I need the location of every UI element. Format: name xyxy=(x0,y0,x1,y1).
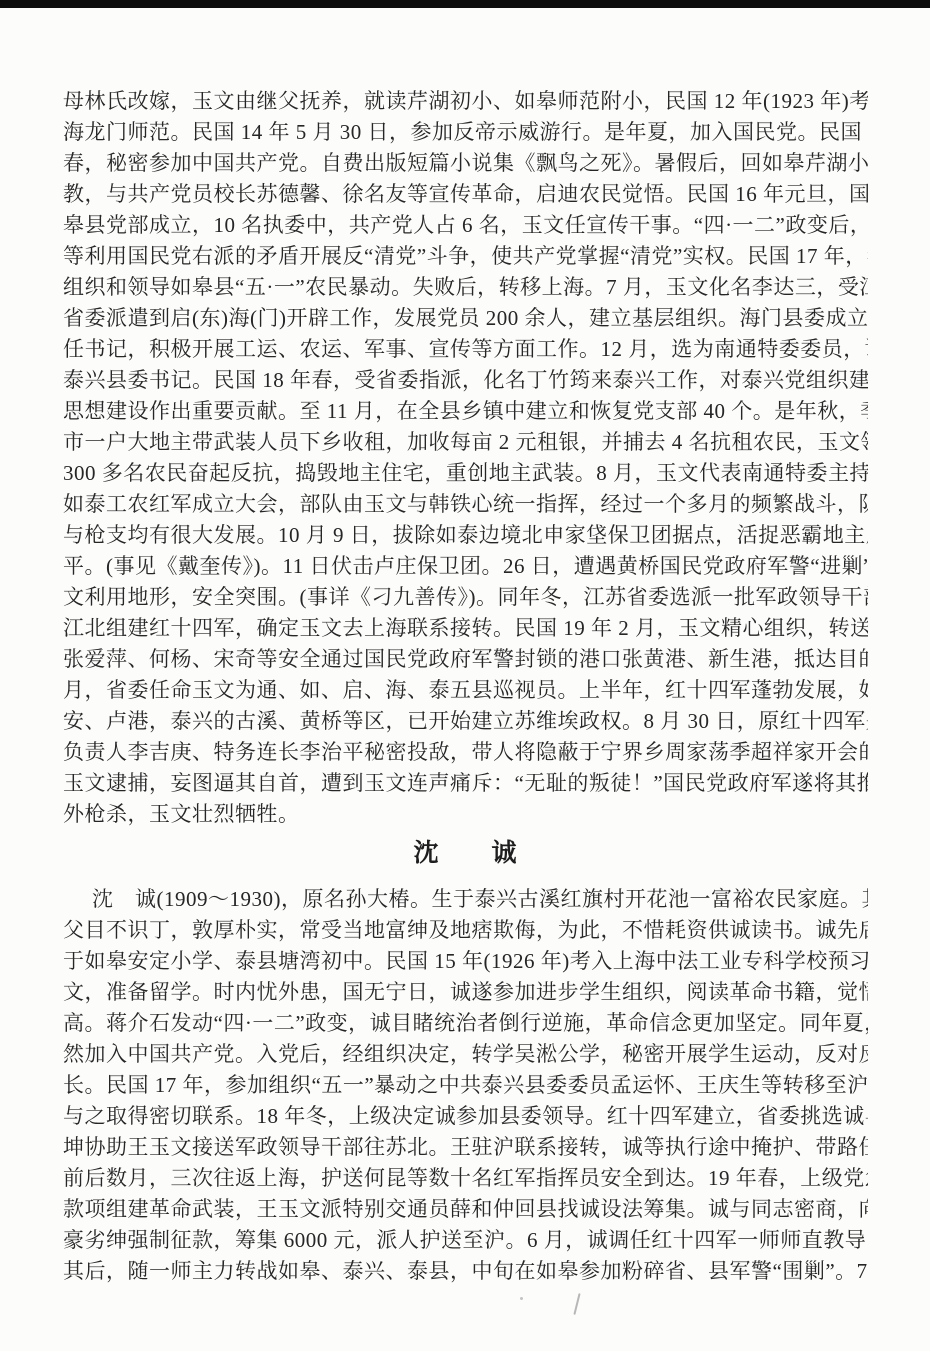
text-line: 沈 诚(1909～1930)，原名孙大椿。生于泰兴古溪红旗村开花池一富裕农民家庭… xyxy=(63,884,868,915)
scanned-book-page: 母林氏改嫁，玉文由继父抚养，就读芹湖初小、如皋师范附小，民国 12 年(1923… xyxy=(0,0,930,1351)
text-line: 母林氏改嫁，玉文由继父抚养，就读芹湖初小、如皋师范附小，民国 12 年(1923… xyxy=(63,86,868,117)
text-line: 外枪杀，玉文壮烈牺牲。 xyxy=(63,799,868,830)
scan-edge-band xyxy=(0,0,930,8)
text-line: 如泰工农红军成立大会，部队由玉文与韩铁心统一指挥，经过一个多月的频繁战斗，队伍 xyxy=(63,489,868,520)
text-line: 负责人李吉庚、特务连长李治平秘密投敌，带人将隐蔽于宁界乡周家荡季超祥家开会的王 xyxy=(63,737,868,768)
text-line: 豪劣绅强制征款，筹集 6000 元，派人护送至沪。6 月，诚调任红十四军一师师直… xyxy=(63,1225,868,1256)
text-line: 省委派遣到启(东)海(门)开辟工作，发展党员 200 余人，建立基层组织。海门县… xyxy=(63,303,868,334)
text-line: 市一户大地主带武装人员下乡收租，加收每亩 2 元租银，并捕去 4 名抗租农民，玉… xyxy=(63,427,868,458)
text-line: 款项组建革命武装，王玉文派特别交通员薛和仲回县找诚设法筹集。诚与同志密商，向土 xyxy=(63,1194,868,1225)
text-line: 父目不识丁，敦厚朴实，常受当地富绅及地痞欺侮，为此，不惜耗资供诚读书。诚先后就读 xyxy=(63,915,868,946)
text-line: 教，与共产党员校长苏德馨、徐名友等宣传革命，启迪农民觉悟。民国 16 年元旦，国… xyxy=(63,179,868,210)
scan-artifact-mark xyxy=(573,1293,580,1315)
text-line: 月，省委任命玉文为通、如、启、海、泰五县巡视员。上半年，红十四军蓬勃发展，如皋的… xyxy=(63,675,868,706)
text-line: 玉文逮捕，妄图逼其自首，遭到玉文连声痛斥：“无耻的叛徒！”国民党政府军遂将其推出… xyxy=(63,768,868,799)
text-line: 坤协助王玉文接送军政领导干部往苏北。王驻沪联系接转，诚等执行途中掩护、带路任务， xyxy=(63,1132,868,1163)
section-heading-shen-cheng: 沈 诚 xyxy=(63,837,868,871)
text-line: 高。蒋介石发动“四·一二”政变，诚目睹统治者倒行逆施，革命信念更加坚定。同年夏，… xyxy=(63,1008,868,1039)
text-line: 泰兴县委书记。民国 18 年春，受省委指派，化名丁竹筠来泰兴工作，对泰兴党组织建… xyxy=(63,365,868,396)
text-line: 与枪支均有很大发展。10 月 9 日，拔除如泰边境北申家垡保卫团据点，活捉恶霸地… xyxy=(63,520,868,551)
text-line: 思想建设作出重要贡献。至 11 月，在全县乡镇中建立和恢复党支部 40 个。是年… xyxy=(63,396,868,427)
text-line: 江北组建红十四军，确定玉文去上海联系接转。民国 19 年 2 月，玉文精心组织，… xyxy=(63,613,868,644)
text-line: 文，准备留学。时内忧外患，国无宁日，诚遂参加进步学生组织，阅读革命书籍，觉悟不断… xyxy=(63,977,868,1008)
text-line: 文利用地形，安全突围。(事详《刁九善传》)。同年冬，江苏省委选派一批军政领导干部… xyxy=(63,582,868,613)
text-line: 长。民国 17 年，参加组织“五一”暴动之中共泰兴县委委员孟运怀、王庆生等转移至… xyxy=(63,1070,868,1101)
text-line: 其后，随一师主力转战如皋、泰兴、泰县，中旬在如皋参加粉碎省、县军警“围剿”。7 … xyxy=(63,1256,868,1287)
text-line: 张爱萍、何杨、宋奇等安全通过国民党政府军警封锁的港口张黄港、新生港，抵达目的地。… xyxy=(63,644,868,675)
text-line: 前后数月，三次往返上海，护送何昆等数十名红军指挥员安全到达。19 年春，上级党急… xyxy=(63,1163,868,1194)
text-block: 母林氏改嫁，玉文由继父抚养，就读芹湖初小、如皋师范附小，民国 12 年(1923… xyxy=(63,86,868,1287)
biography-paragraph-shen-cheng: 沈 诚(1909～1930)，原名孙大椿。生于泰兴古溪红旗村开花池一富裕农民家庭… xyxy=(63,884,868,1287)
text-line: 安、卢港，泰兴的古溪、黄桥等区，已开始建立苏维埃政权。8 月 30 日，原红十四… xyxy=(63,706,868,737)
text-line: 等利用国民党右派的矛盾开展反“清党”斗争，使共产党掌握“清党”实权。民国 17 … xyxy=(63,241,868,272)
text-line: 平。(事见《戴奎传》)。11 日伏击卢庄保卫团。26 日，遭遇黄桥国民党政府军警… xyxy=(63,551,868,582)
biography-paragraph-wang-yuwen: 母林氏改嫁，玉文由继父抚养，就读芹湖初小、如皋师范附小，民国 12 年(1923… xyxy=(63,86,868,830)
text-line: 300 多名农民奋起反抗，捣毁地主住宅，重创地主武装。8 月，玉文代表南通特委主… xyxy=(63,458,868,489)
scan-artifact-speck xyxy=(520,1297,523,1300)
text-line: 组织和领导如皋县“五·一”农民暴动。失败后，转移上海。7 月，玉文化名李达三，受… xyxy=(63,272,868,303)
text-line: 任书记，积极开展工运、农运、军事、宣传等方面工作。12 月，选为南通特委委员，调… xyxy=(63,334,868,365)
text-line: 然加入中国共产党。入党后，经组织决定，转学吴淞公学，秘密开展学生运动，反对反共校 xyxy=(63,1039,868,1070)
text-line: 春，秘密参加中国共产党。自费出版短篇小说集《飘鸟之死》。暑假后，回如皋芹湖小学任 xyxy=(63,148,868,179)
text-line: 皋县党部成立，10 名执委中，共产党人占 6 名，玉文任宣传干事。“四·一二”政… xyxy=(63,210,868,241)
text-line: 海龙门师范。民国 14 年 5 月 30 日，参加反帝示威游行。是年夏，加入国民… xyxy=(63,117,868,148)
text-line: 与之取得密切联系。18 年冬，上级决定诚参加县委领导。红十四军建立，省委挑选诚与… xyxy=(63,1101,868,1132)
text-line: 于如皋安定小学、泰县塘湾初中。民国 15 年(1926 年)考入上海中法工业专科… xyxy=(63,946,868,977)
